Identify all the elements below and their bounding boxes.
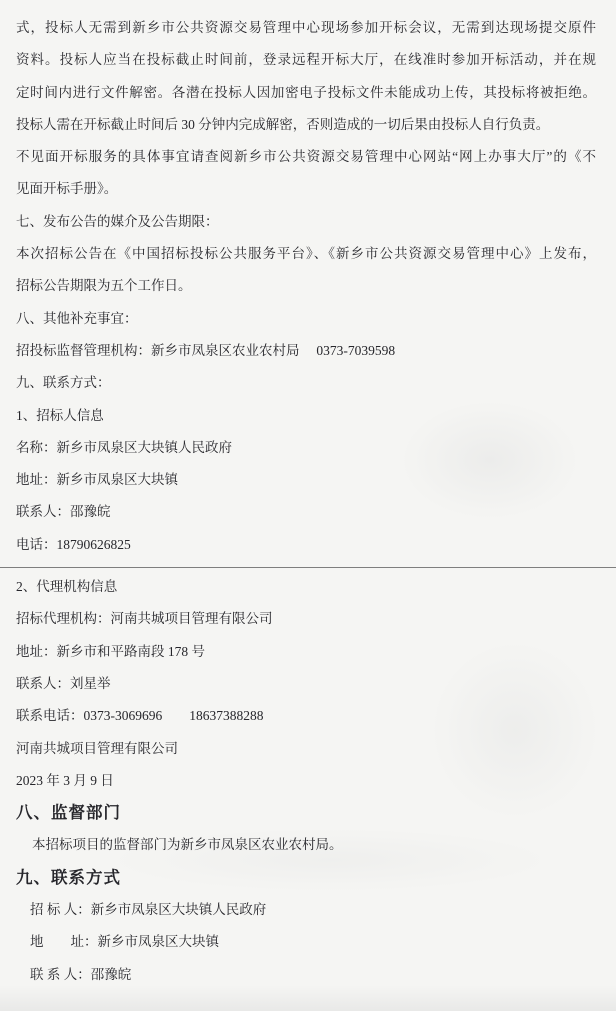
bidder-name: 名称：新乡市凤泉区大块镇人民政府	[16, 432, 596, 464]
body-line: 资料。投标人应当在投标截止时间前，登录远程开标大厅，在线准时参加开标活动，并在规	[16, 44, 596, 76]
final-contact-heading: 九、联系方式	[16, 862, 596, 894]
section-8-heading: 八、其他补充事宜：	[16, 303, 596, 335]
supervision-agency-line: 招投标监督管理机构：新乡市凤泉区农业农村局 0373-7039598	[16, 335, 596, 367]
section-7-heading: 七、发布公告的媒介及公告期限：	[16, 206, 596, 238]
document-date: 2023 年 3 月 9 日	[16, 765, 596, 797]
body-line: 见面开标手册》。	[16, 173, 596, 205]
body-line: 不见面开标服务的具体事宜请查阅新乡市公共资源交易管理中心网站“网上办事大厅”的《…	[16, 141, 596, 173]
supervision-body: 本招标项目的监督部门为新乡市凤泉区农业农村局。	[16, 829, 596, 861]
bidder-phone: 电话：18790626825	[16, 529, 596, 561]
body-line: 投标人需在开标截止时间后 30 分钟内完成解密，否则造成的一切后果由投标人自行负…	[16, 109, 596, 141]
final-contact-row: 招 标 人：新乡市凤泉区大块镇人民政府	[16, 894, 596, 926]
section-divider	[0, 567, 616, 568]
agency-signature: 河南共城项目管理有限公司	[16, 733, 596, 765]
supervision-heading: 八、监督部门	[16, 797, 596, 829]
bidder-contact: 联系人：邵豫皖	[16, 496, 596, 528]
section-7-line: 招标公告期限为五个工作日。	[16, 270, 596, 302]
bidder-address: 地址：新乡市凤泉区大块镇	[16, 464, 596, 496]
agency-org: 招标代理机构：河南共城项目管理有限公司	[16, 603, 596, 635]
section-9-heading: 九、联系方式：	[16, 367, 596, 399]
document-body: 式，投标人无需到新乡市公共资源交易管理中心现场参加开标会议，无需到达现场提交原件…	[0, 0, 616, 991]
final-contact-row: 联 系 人：邵豫皖	[16, 959, 596, 991]
body-line: 定时间内进行文件解密。各潜在投标人因加密电子投标文件未能成功上传，其投标将被拒绝…	[16, 77, 596, 109]
agency-contact: 联系人：刘星举	[16, 668, 596, 700]
scanned-document-page: 式，投标人无需到新乡市公共资源交易管理中心现场参加开标会议，无需到达现场提交原件…	[0, 0, 616, 1011]
bidder-info-heading: 1、招标人信息	[16, 400, 596, 432]
agency-info-heading: 2、代理机构信息	[16, 571, 596, 603]
agency-phone: 联系电话：0373-3069696 18637388288	[16, 700, 596, 732]
section-7-line: 本次招标公告在《中国招标投标公共服务平台》、《新乡市公共资源交易管理中心》上发布…	[16, 238, 596, 270]
body-line: 式，投标人无需到新乡市公共资源交易管理中心现场参加开标会议，无需到达现场提交原件	[16, 12, 596, 44]
agency-address: 地址：新乡市和平路南段 178 号	[16, 636, 596, 668]
final-contact-row: 地 址：新乡市凤泉区大块镇	[16, 926, 596, 958]
